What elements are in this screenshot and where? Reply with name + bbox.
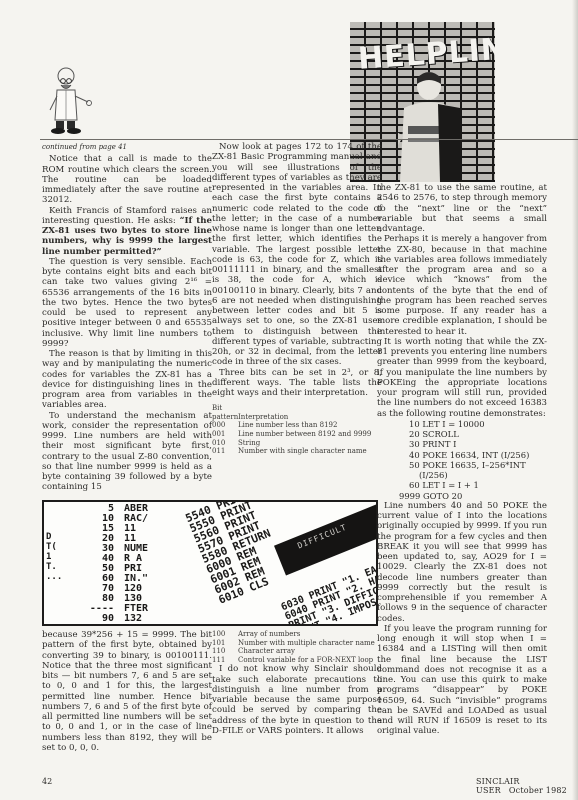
- bit-pattern-table-continued: 100 Array of numbers 101 Number with mul…: [212, 630, 382, 664]
- code-line: (I/256): [377, 470, 547, 480]
- paragraph: The reason is that by limiting in this w…: [42, 349, 212, 411]
- code-line: 30 PRINT I: [377, 439, 547, 449]
- bit-desc: String: [238, 439, 382, 448]
- issue-date: October 1982: [509, 786, 567, 795]
- paragraph-question: Keith Francis of Stamford raises an inte…: [42, 206, 212, 257]
- bit-desc: Control variable for a FOR-NEXT loop: [238, 656, 382, 665]
- bit-code: 010: [212, 439, 238, 448]
- bit-desc: Number with single character name: [238, 447, 382, 456]
- bit-code: 111: [212, 656, 238, 665]
- table-header-interpretation: Interpretation: [238, 413, 382, 422]
- bit-desc: Number with multiple character name: [238, 639, 382, 648]
- cartoon-figure-icon: [44, 66, 96, 138]
- basic-program-listing: 10 LET I = 10000 20 SCROLL 30 PRINT I 40…: [377, 419, 547, 501]
- magazine-footer: SINCLAIR USEROctober 1982: [476, 777, 578, 795]
- table-row: 001 Line number between 8192 and 9999: [212, 430, 382, 439]
- column-1-continued: because 39*256 + 15 = 9999. The bit patt…: [42, 630, 212, 753]
- table-header-bit: Bit: [212, 404, 382, 413]
- column-1: continued from page 41 Notice that a cal…: [42, 142, 212, 493]
- paragraph: It is worth noting that while the ZX-81 …: [377, 337, 547, 419]
- table-header-pattern: pattern: [212, 413, 238, 422]
- magazine-page: HELPLINE continued from page 41 Notice t…: [0, 0, 578, 800]
- paragraph: Line numbers 40 and 50 POKE the current …: [377, 501, 547, 624]
- bit-code: 100: [212, 630, 238, 639]
- code-line: 50 POKE 16635, I–256*INT: [377, 460, 547, 470]
- bit-pattern-table: Bit pattern Interpretation 000 Line numb…: [212, 404, 382, 456]
- bit-desc: Line number less than 8192: [238, 421, 382, 430]
- column-2-continued: 100 Array of numbers 101 Number with mul…: [212, 630, 382, 736]
- bit-code: 110: [212, 647, 238, 656]
- paragraph: If you leave the program running for lon…: [377, 624, 547, 737]
- table-header-row: pattern Interpretation: [212, 413, 382, 422]
- listing-line-numbers: 5 10 15 20 30 40 50 60 70 80 ---- 90 100: [84, 504, 114, 626]
- bit-desc: Array of numbers: [238, 630, 382, 639]
- bit-code: 011: [212, 447, 238, 456]
- table-row: 110 Character array: [212, 647, 382, 656]
- inverse-video-box: [274, 505, 378, 576]
- listing-fragments: ABER RAC/ 11 11 NUME R A PRI IN." 120 13…: [124, 504, 148, 624]
- bit-code: 001: [212, 430, 238, 439]
- table-row: 101 Number with multiple character name: [212, 639, 382, 648]
- paragraph: Notice that a call is made to the ROM ro…: [42, 154, 212, 205]
- code-line: 60 LET I = I + 1: [377, 480, 547, 490]
- code-line: 10 LET I = 10000: [377, 419, 547, 429]
- paragraph: The question is very sensible. Each byte…: [42, 257, 212, 349]
- table-row: 111 Control variable for a FOR-NEXT loop: [212, 656, 382, 665]
- paragraph: Three bits can be set in 2³, or 8, diffe…: [212, 368, 382, 399]
- paragraph: the ZX-81 to use the same routine, at 25…: [377, 183, 547, 234]
- listing-left-edge: D T( 1 T. ...: [46, 532, 62, 582]
- paragraph: I do not know why Sinclair should take s…: [212, 664, 382, 736]
- bit-desc: Line number between 8192 and 9999: [238, 430, 382, 439]
- column-3: the ZX-81 to use the same routine, at 25…: [377, 183, 547, 737]
- paragraph: Now look at pages 172 to 174 of the ZX-8…: [212, 142, 382, 368]
- table-row: 010 String: [212, 439, 382, 448]
- column-2: Now look at pages 172 to 174 of the ZX-8…: [212, 142, 382, 456]
- paragraph: To understand the mechanism at work, con…: [42, 411, 212, 493]
- paragraph: because 39*256 + 15 = 9999. The bit patt…: [42, 630, 212, 753]
- bit-desc: Character array: [238, 647, 382, 656]
- program-listing-photo: D T( 1 T. ... 5 10 15 20 30 40 50 60 70 …: [42, 500, 378, 626]
- page-binding-shadow: [572, 0, 578, 800]
- code-line: 40 POKE 16634, INT (I/256): [377, 450, 547, 460]
- paragraph: Perhaps it is merely a hangover from the…: [377, 234, 547, 337]
- person-photo-icon: [398, 64, 460, 182]
- bit-code: 101: [212, 639, 238, 648]
- code-line: 20 SCROLL: [377, 429, 547, 439]
- table-row: 011 Number with single character name: [212, 447, 382, 456]
- table-row: 100 Array of numbers: [212, 630, 382, 639]
- continued-note: continued from page 41: [42, 142, 212, 152]
- bit-code: 000: [212, 421, 238, 430]
- page-number: 42: [42, 777, 52, 786]
- table-row: 000 Line number less than 8192: [212, 421, 382, 430]
- code-line: 9999 GOTO 20: [377, 491, 547, 501]
- header-divider: [40, 139, 578, 140]
